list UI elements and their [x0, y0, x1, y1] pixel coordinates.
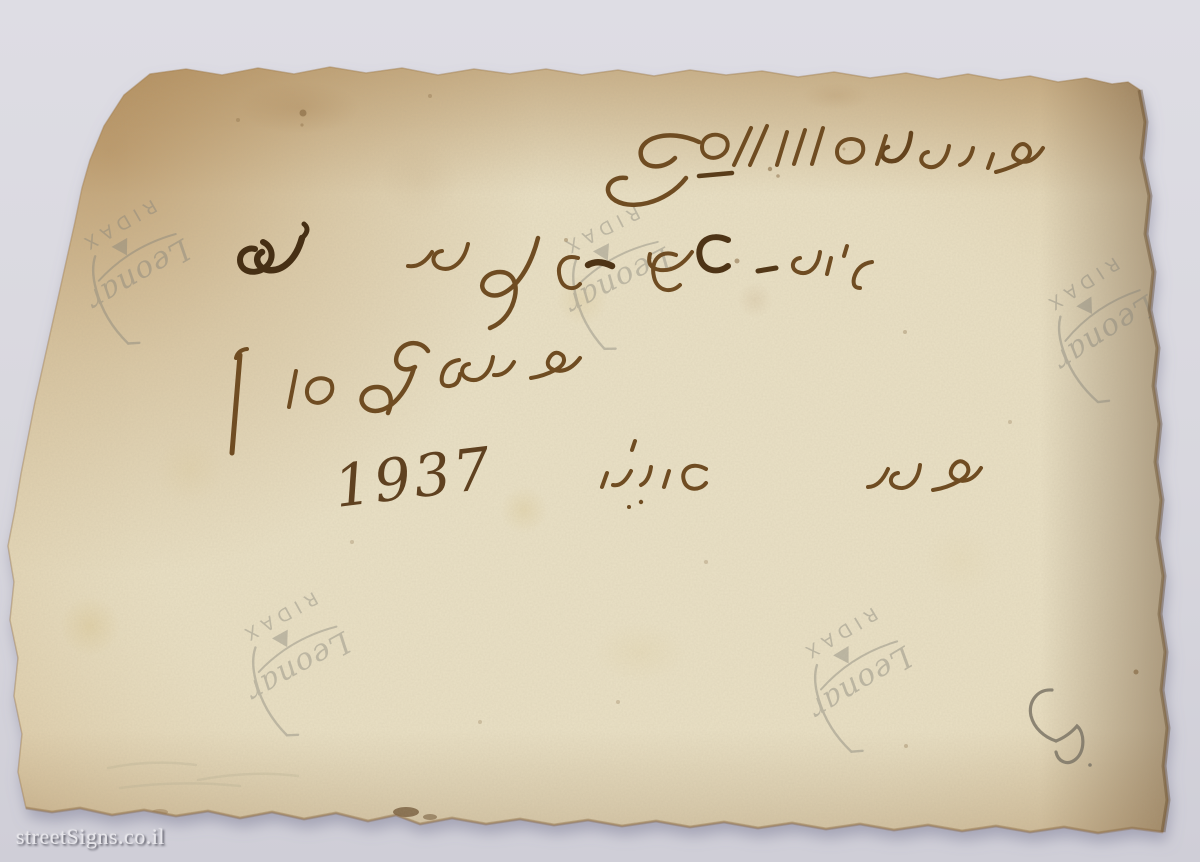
photo-paper-rendering: Leonar RIDAX — [0, 0, 1200, 862]
site-watermark: streetSigns.co.il — [16, 826, 165, 848]
paper-grain-texture — [0, 55, 1200, 845]
photo-scene: Leonar RIDAX — [0, 0, 1200, 862]
